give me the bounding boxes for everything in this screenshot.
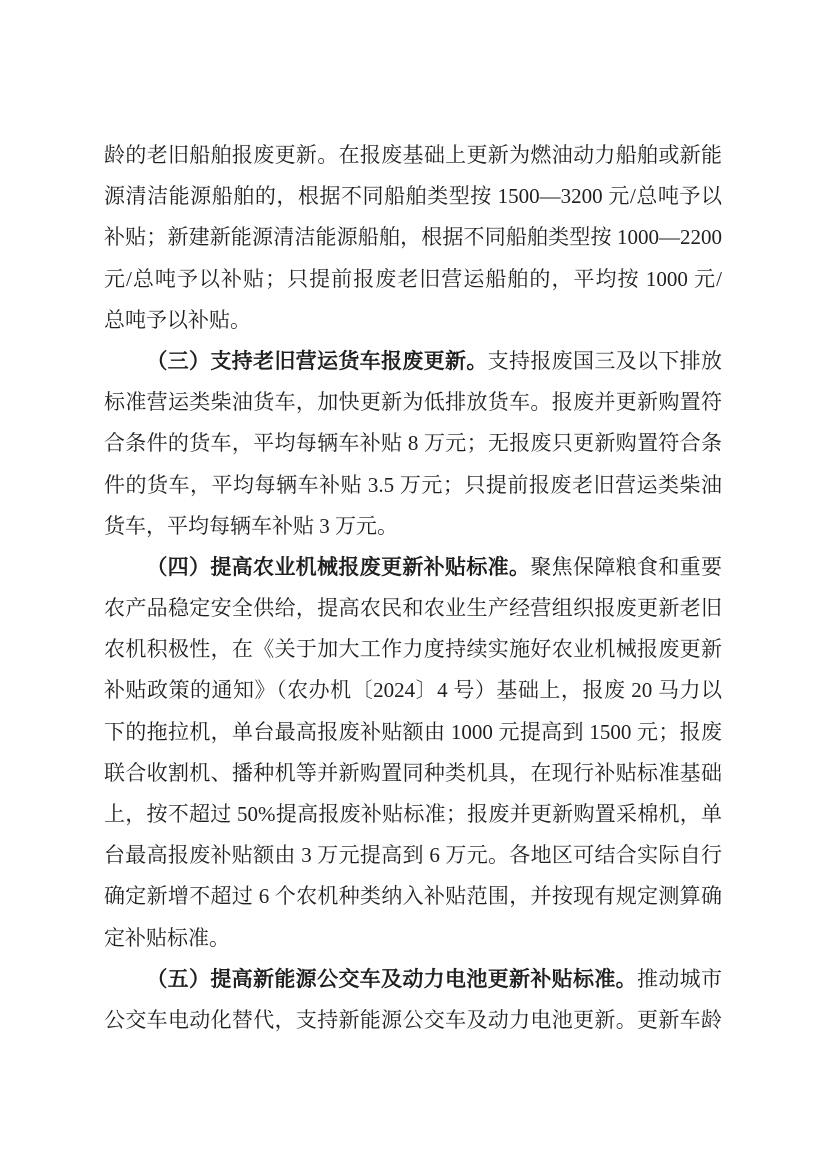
section-heading: （五）提高新能源公交车及动力电池更新补贴标准。 [146, 967, 637, 991]
body-text-run: 合条件的货车，平均每辆车补贴 8 万元；无报废只更新购置符合条 [104, 431, 722, 455]
body-text-run: 台最高报废补贴额由 3 万元提高到 6 万元。各地区可结合实际自行 [104, 843, 722, 867]
document-line: 货车，平均每辆车补贴 3 万元。 [104, 506, 722, 547]
document-line: 公交车电动化替代，支持新能源公交车及动力电池更新。更新车龄 [104, 1000, 722, 1041]
document-line: 元/总吨予以补贴；只提前报废老旧营运船舶的，平均按 1000 元/ [104, 259, 722, 300]
document-line: （四）提高农业机械报废更新补贴标准。聚焦保障粮食和重要 [104, 547, 722, 588]
body-text-run: 龄的老旧船舶报废更新。在报废基础上更新为燃油动力船舶或新能 [104, 143, 722, 167]
document-line: 下的拖拉机，单台最高报废补贴额由 1000 元提高到 1500 元；报废 [104, 712, 722, 753]
document-line: 农产品稳定安全供给，提高农民和农业生产经营组织报废更新老旧 [104, 588, 722, 629]
document-body: 龄的老旧船舶报废更新。在报废基础上更新为燃油动力船舶或新能源清洁能源船舶的，根据… [104, 135, 722, 1041]
body-text-run: 标准营运类柴油货车，加快更新为低排放货车。报废并更新购置符 [104, 390, 722, 414]
section-heading: （三）支持老旧营运货车报废更新。 [146, 349, 488, 373]
document-line: 件的货车，平均每辆车补贴 3.5 万元；只提前报废老旧营运类柴油 [104, 465, 722, 506]
document-line: 总吨予以补贴。 [104, 300, 722, 341]
document-line: 上，按不超过 50%提高报废补贴标准；报废并更新购置采棉机，单 [104, 794, 722, 835]
document-line: 源清洁能源船舶的，根据不同船舶类型按 1500—3200 元/总吨予以 [104, 176, 722, 217]
body-text-run: 源清洁能源船舶的，根据不同船舶类型按 1500—3200 元/总吨予以 [104, 184, 722, 208]
document-line: 农机积极性，在《关于加大工作力度持续实施好农业机械报废更新 [104, 629, 722, 670]
body-text-run: 件的货车，平均每辆车补贴 3.5 万元；只提前报废老旧营运类柴油 [104, 473, 722, 497]
body-text-run: 补贴；新建新能源清洁能源船舶，根据不同船舶类型按 1000—2200 [104, 225, 722, 249]
body-text-run: 总吨予以补贴。 [104, 308, 251, 332]
body-text-run: 推动城市 [637, 967, 722, 991]
body-text-run: 下的拖拉机，单台最高报废补贴额由 1000 元提高到 1500 元；报废 [104, 720, 722, 744]
body-text-run: 农机积极性，在《关于加大工作力度持续实施好农业机械报废更新 [104, 637, 722, 661]
body-text-run: 货车，平均每辆车补贴 3 万元。 [104, 514, 398, 538]
document-line: 台最高报废补贴额由 3 万元提高到 6 万元。各地区可结合实际自行 [104, 835, 722, 876]
body-text-run: 公交车电动化替代，支持新能源公交车及动力电池更新。更新车龄 [104, 1008, 722, 1032]
body-text-run: 元/总吨予以补贴；只提前报废老旧营运船舶的，平均按 1000 元/ [104, 267, 722, 291]
document-line: 定补贴标准。 [104, 918, 722, 959]
document-line: 确定新增不超过 6 个农机种类纳入补贴范围，并按现有规定测算确 [104, 876, 722, 917]
body-text-run: 确定新增不超过 6 个农机种类纳入补贴范围，并按现有规定测算确 [104, 884, 722, 908]
document-line: 补贴；新建新能源清洁能源船舶，根据不同船舶类型按 1000—2200 [104, 217, 722, 258]
document-line: 合条件的货车，平均每辆车补贴 8 万元；无报废只更新购置符合条 [104, 423, 722, 464]
section-heading: （四）提高农业机械报废更新补贴标准。 [146, 555, 530, 579]
document-line: 补贴政策的通知》（农办机〔2024〕4 号）基础上，报废 20 马力以 [104, 670, 722, 711]
document-line: （三）支持老旧营运货车报废更新。支持报废国三及以下排放 [104, 341, 722, 382]
document-line: 标准营运类柴油货车，加快更新为低排放货车。报废并更新购置符 [104, 382, 722, 423]
document-line: （五）提高新能源公交车及动力电池更新补贴标准。推动城市 [104, 959, 722, 1000]
body-text-run: 上，按不超过 50%提高报废补贴标准；报废并更新购置采棉机，单 [104, 802, 722, 826]
body-text-run: 支持报废国三及以下排放 [488, 349, 722, 373]
body-text-run: 定补贴标准。 [104, 926, 230, 950]
document-page: 龄的老旧船舶报废更新。在报废基础上更新为燃油动力船舶或新能源清洁能源船舶的，根据… [0, 0, 826, 1169]
document-line: 联合收割机、播种机等并新购置同种类机具，在现行补贴标准基础 [104, 753, 722, 794]
body-text-run: 聚焦保障粮食和重要 [530, 555, 722, 579]
document-line: 龄的老旧船舶报废更新。在报废基础上更新为燃油动力船舶或新能 [104, 135, 722, 176]
body-text-run: 联合收割机、播种机等并新购置同种类机具，在现行补贴标准基础 [104, 761, 722, 785]
body-text-run: 补贴政策的通知》（农办机〔2024〕4 号）基础上，报废 20 马力以 [104, 678, 722, 702]
body-text-run: 农产品稳定安全供给，提高农民和农业生产经营组织报废更新老旧 [104, 596, 722, 620]
